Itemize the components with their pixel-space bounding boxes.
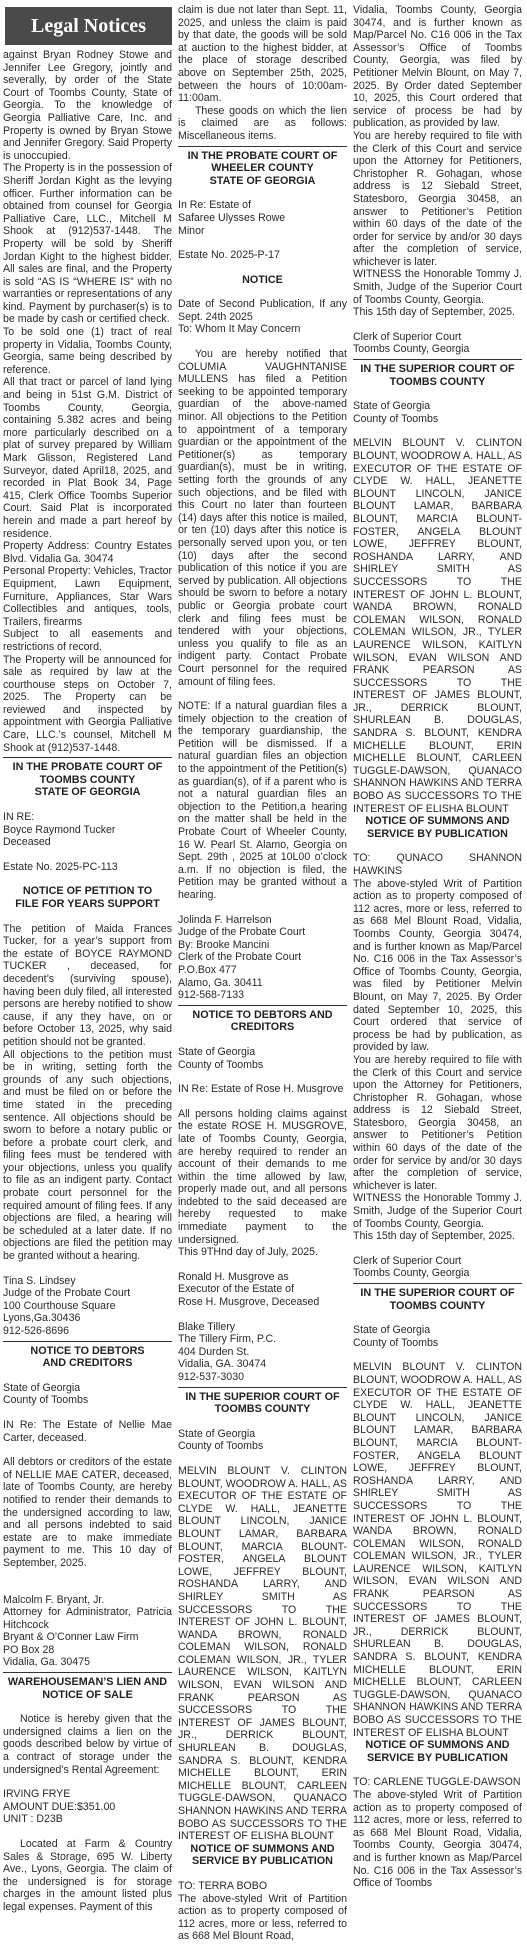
notice-heading: IN THE SUPERIOR COURT OF TOOMBS COUNTY xyxy=(353,363,522,388)
heading-line: STATE OF GEORGIA xyxy=(178,175,347,188)
paragraph: All debtors or creditors of the estate o… xyxy=(3,1456,172,1569)
addressee: TO: CARLENE TUGGLE-DAWSON xyxy=(353,1776,522,1789)
notice-superior-hawkins: IN THE SUPERIOR COURT OF TOOMBS COUNTY S… xyxy=(353,363,522,1280)
paragraph: All that tract or parcel of land lying a… xyxy=(3,376,172,540)
notice-subheading: NOTICE OF SUMMONS AND SERVICE BY PUBLICA… xyxy=(353,1739,522,1764)
heading-line: IN THE SUPERIOR COURT OF xyxy=(353,1287,522,1300)
state-line: State of Georgia xyxy=(178,1428,347,1441)
signature-line: Judge of the Probate Court xyxy=(178,926,347,939)
notice-heading: IN THE SUPERIOR COURT OF TOOMBS COUNTY xyxy=(178,1391,347,1416)
in-re-line: Deceased xyxy=(3,836,172,849)
signature-line: Judge of the Probate Court xyxy=(3,1287,172,1300)
signature-line: 912-568-7133 xyxy=(178,989,347,1002)
paragraph: This 15th day of September, 2025. xyxy=(353,1230,522,1243)
heading-line: NOTICE OF PETITION TO xyxy=(3,885,172,898)
notice-sheriff-sale: against Bryan Rodney Stowe and Jennifer … xyxy=(3,49,172,754)
state-line: State of Georgia xyxy=(353,1324,522,1337)
notice-subheading: NOTICE xyxy=(178,274,347,287)
signature-line: Executor of the Estate of xyxy=(178,1283,347,1296)
notice-warehouse-lien: WAREHOUSEMAN’S LIEN AND NOTICE OF SALE N… xyxy=(3,1676,172,1914)
divider xyxy=(3,757,172,758)
paragraph: WITNESS the Honorable Tommy J. Smith, Ju… xyxy=(353,1192,522,1230)
paragraph: The above-styled Writ of Partition actio… xyxy=(178,1893,347,1943)
notice-probate-tucker: IN THE PROBATE COURT OF TOOMBS COUNTY ST… xyxy=(3,761,172,1337)
notice-subheading: NOTICE OF SUMMONS AND SERVICE BY PUBLICA… xyxy=(178,1843,347,1868)
column-2: claim is due not later than Sept. 11, 20… xyxy=(178,4,347,1950)
heading-line: IN THE PROBATE COURT OF xyxy=(178,150,347,163)
amount-due: AMOUNT DUE:$351.00 xyxy=(3,1801,172,1814)
paragraph: All objections to the petition must be i… xyxy=(3,1049,172,1263)
heading-line: SERVICE BY PUBLICATION xyxy=(353,1752,522,1765)
state-line: State of Georgia xyxy=(3,1382,172,1395)
state-line: State of Georgia xyxy=(178,1046,347,1059)
signature-block: Tina S. Lindsey Judge of the Probate Cou… xyxy=(3,1275,172,1338)
signature-line: Ronald H. Musgrove as xyxy=(178,1271,347,1284)
paragraph: against Bryan Rodney Stowe and Jennifer … xyxy=(3,49,172,162)
estate-number: Estate No. 2025-PC-113 xyxy=(3,861,172,874)
heading-line: IN THE PROBATE COURT OF xyxy=(3,761,172,774)
county-line: County of Toombs xyxy=(3,1394,172,1407)
divider xyxy=(178,146,347,147)
heading-line: WHEELER COUNTY xyxy=(178,162,347,175)
signature-line: Vidalia, Ga. 30475 xyxy=(3,1656,172,1669)
heading-line: NOTICE OF SALE xyxy=(3,1689,172,1702)
paragraph: Property Address: Country Estates Blvd. … xyxy=(3,540,172,565)
divider xyxy=(3,1672,172,1673)
legal-notices-page: Legal Notices against Bryan Rodney Stowe… xyxy=(0,0,527,1950)
signature-line: PO Box 28 xyxy=(3,1644,172,1657)
signature-line: 100 Courthouse Square xyxy=(3,1300,172,1313)
signature-line: P.O.Box 477 xyxy=(178,964,347,977)
notice-probate-rowe: IN THE PROBATE COURT OF WHEELER COUNTY S… xyxy=(178,150,347,1002)
notice-heading: WAREHOUSEMAN’S LIEN AND NOTICE OF SALE xyxy=(3,1676,172,1701)
in-re-line: In Re: Estate of xyxy=(178,199,347,212)
heading-line: NOTICE OF SUMMONS AND xyxy=(178,1843,347,1856)
signature-line: Alamo, Ga. 30411 xyxy=(178,977,347,990)
case-caption: MELVIN BLOUNT V. CLINTON BLOUNT, WOODROW… xyxy=(353,1361,522,1739)
heading-line: TOOMBS COUNTY xyxy=(3,774,172,787)
notice-heading: IN THE PROBATE COURT OF WHEELER COUNTY S… xyxy=(178,150,347,188)
signature-line: By: Brooke Mancini xyxy=(178,939,347,952)
estate-number: Estate No. 2025-P-17 xyxy=(178,249,347,262)
paragraph: To be sold one (1) tract of real propert… xyxy=(3,326,172,376)
notice-date: This 9THnd day of July, 2025. xyxy=(178,1246,347,1259)
paragraph: The above-styled Writ of Partition actio… xyxy=(353,878,522,1054)
executor-block: Ronald H. Musgrove as Executor of the Es… xyxy=(178,1271,347,1309)
signature-line: Tina S. Lindsey xyxy=(3,1275,172,1288)
heading-line: TOOMBS COUNTY xyxy=(178,1403,347,1416)
paragraph: The above-styled Writ of Partition actio… xyxy=(353,1789,522,1890)
divider xyxy=(178,1005,347,1006)
heading-line: WAREHOUSEMAN’S LIEN AND xyxy=(3,1676,172,1689)
heading-line: NOTICE TO DEBTORS AND xyxy=(178,1009,347,1022)
paragraph: Vidalia, Toombs County, Georgia 30474, a… xyxy=(353,4,522,130)
signature-line: 912-526-8696 xyxy=(3,1325,172,1338)
addressee: TO: TERRA BOBO xyxy=(178,1880,347,1893)
paragraph: You are hereby notified that COLUMIA VAU… xyxy=(178,348,347,688)
county-line: County of Toombs xyxy=(353,1337,522,1350)
addressee: To: Whom It May Concern xyxy=(178,323,347,336)
paragraph: The Property is in the possession of She… xyxy=(3,162,172,326)
column-3: Vidalia, Toombs County, Georgia 30474, a… xyxy=(353,4,522,1950)
paragraph: claim is due not later than Sept. 11, 20… xyxy=(178,4,347,105)
heading-line: NOTICE OF SUMMONS AND xyxy=(353,1739,522,1752)
signature-line: Vidalia, GA. 30474 xyxy=(178,1358,347,1371)
paragraph: The petition of Maida Frances Tucker, fo… xyxy=(3,923,172,1049)
signature-line: 912-537-3030 xyxy=(178,1371,347,1384)
state-line: State of Georgia xyxy=(353,400,522,413)
paragraph: The Property will be announced for sale … xyxy=(3,654,172,755)
case-caption: MELVIN BLOUNT V. CLINTON BLOUNT, WOODROW… xyxy=(178,1465,347,1843)
paragraph: Located at Farm & Country Sales & Storag… xyxy=(3,1838,172,1914)
notice-debtors-carter: NOTICE TO DEBTORS AND CREDITORS State of… xyxy=(3,1345,172,1669)
signature-line: The Tillery Firm, P.C. xyxy=(178,1333,347,1346)
county-line: County of Toombs xyxy=(353,413,522,426)
heading-line: SERVICE BY PUBLICATION xyxy=(178,1855,347,1868)
notice-subheading: NOTICE OF PETITION TO FILE FOR YEARS SUP… xyxy=(3,885,172,910)
in-re-line: Safaree Ulysses Rowe xyxy=(178,212,347,225)
notice-heading: IN THE PROBATE COURT OF TOOMBS COUNTY ST… xyxy=(3,761,172,799)
heading-line: TOOMBS COUNTY xyxy=(353,1300,522,1313)
notice-warehouse-lien-continued: claim is due not later than Sept. 11, 20… xyxy=(178,4,347,143)
clerk-line: Clerk of Superior Court xyxy=(353,1255,522,1268)
heading-line: STATE OF GEORGIA xyxy=(3,786,172,799)
signature-line: Lyons,Ga.30436 xyxy=(3,1312,172,1325)
signature-block: Malcolm F. Bryant, Jr. Attorney for Admi… xyxy=(3,1594,172,1670)
divider xyxy=(3,1341,172,1342)
paragraph: WITNESS the Honorable Tommy J. Smith, Ju… xyxy=(353,268,522,306)
notice-superior-bobo-continued: Vidalia, Toombs County, Georgia 30474, a… xyxy=(353,4,522,356)
divider xyxy=(353,359,522,360)
divider xyxy=(178,1387,347,1388)
signature-line: 404 Durden St. xyxy=(178,1346,347,1359)
notice-debtors-musgrove: NOTICE TO DEBTORS AND CREDITORS State of… xyxy=(178,1009,347,1384)
signature-line: Clerk of the Probate Court xyxy=(178,951,347,964)
paragraph: This 15th day of September, 2025. xyxy=(353,306,522,319)
heading-line: SERVICE BY PUBLICATION xyxy=(353,828,522,841)
attorney-block: Blake Tillery The Tillery Firm, P.C. 404… xyxy=(178,1321,347,1384)
legal-notices-banner: Legal Notices xyxy=(5,7,172,45)
signature-line: Jolinda F. Harrelson xyxy=(178,914,347,927)
notice-heading: NOTICE TO DEBTORS AND CREDITORS xyxy=(178,1009,347,1034)
heading-line: AND CREDITORS xyxy=(3,1357,172,1370)
column-1: Legal Notices against Bryan Rodney Stowe… xyxy=(3,4,172,1950)
paragraph: NOTE: If a natural guardian files a time… xyxy=(178,700,347,902)
tenant-name: IRVING FRYE xyxy=(3,1788,172,1801)
signature-line: Malcolm F. Bryant, Jr. xyxy=(3,1594,172,1607)
signature-line: Bryant & O’Conner Law Firm xyxy=(3,1631,172,1644)
county-line: County of Toombs xyxy=(178,1059,347,1072)
in-re: IN Re: The Estate of Nellie Mae Carter, … xyxy=(3,1419,172,1444)
signature-line: Attorney for Administrator, Patricia Hit… xyxy=(3,1606,172,1631)
addressee: TO: QUNACO SHANNON HAWKINS xyxy=(353,852,522,877)
paragraph: These goods on which the lien is claimed… xyxy=(178,105,347,143)
clerk-line: Clerk of Superior Court xyxy=(353,331,522,344)
in-re-line: IN RE: xyxy=(3,811,172,824)
unit-number: UNIT : D23B xyxy=(3,1813,172,1826)
signature-line: Rose H. Musgrove, Deceased xyxy=(178,1296,347,1309)
notice-subheading: NOTICE OF SUMMONS AND SERVICE BY PUBLICA… xyxy=(353,815,522,840)
case-caption: MELVIN BLOUNT V. CLINTON BLOUNT, WOODROW… xyxy=(353,437,522,815)
paragraph: Notice is hereby given that the undersig… xyxy=(3,1713,172,1776)
notice-superior-dawson: IN THE SUPERIOR COURT OF TOOMBS COUNTY S… xyxy=(353,1287,522,1890)
signature-line: Blake Tillery xyxy=(178,1321,347,1334)
heading-line: CREDITORS xyxy=(178,1021,347,1034)
notice-heading: NOTICE TO DEBTORS AND CREDITORS xyxy=(3,1345,172,1370)
in-re-line: Minor xyxy=(178,225,347,238)
notice-heading: IN THE SUPERIOR COURT OF TOOMBS COUNTY xyxy=(353,1287,522,1312)
clerk-line: Toombs County, Georgia xyxy=(353,1267,522,1280)
clerk-line: Toombs County, Georgia xyxy=(353,343,522,356)
heading-line: IN THE SUPERIOR COURT OF xyxy=(178,1391,347,1404)
paragraph: You are hereby required to file with the… xyxy=(353,1054,522,1193)
paragraph: Subject to all easements and restriction… xyxy=(3,628,172,653)
paragraph: Personal Property: Vehicles, Tractor Equ… xyxy=(3,565,172,628)
in-re: IN Re: Estate of Rose H. Musgrove xyxy=(178,1083,347,1096)
heading-line: TOOMBS COUNTY xyxy=(353,376,522,389)
heading-line: NOTICE OF SUMMONS AND xyxy=(353,815,522,828)
paragraph: You are hereby required to file with the… xyxy=(353,130,522,269)
heading-line: FILE FOR YEARS SUPPORT xyxy=(3,898,172,911)
in-re-line: Boyce Raymond Tucker xyxy=(3,824,172,837)
heading-line: IN THE SUPERIOR COURT OF xyxy=(353,363,522,376)
signature-block: Jolinda F. Harrelson Judge of the Probat… xyxy=(178,914,347,1002)
notice-superior-bobo: IN THE SUPERIOR COURT OF TOOMBS COUNTY S… xyxy=(178,1391,347,1943)
publication-date: Date of Second Publication, If any Sept.… xyxy=(178,298,347,323)
paragraph: All persons holding claims against the e… xyxy=(178,1108,347,1247)
heading-line: NOTICE TO DEBTORS xyxy=(3,1345,172,1358)
divider xyxy=(353,1283,522,1284)
county-line: County of Toombs xyxy=(178,1440,347,1453)
